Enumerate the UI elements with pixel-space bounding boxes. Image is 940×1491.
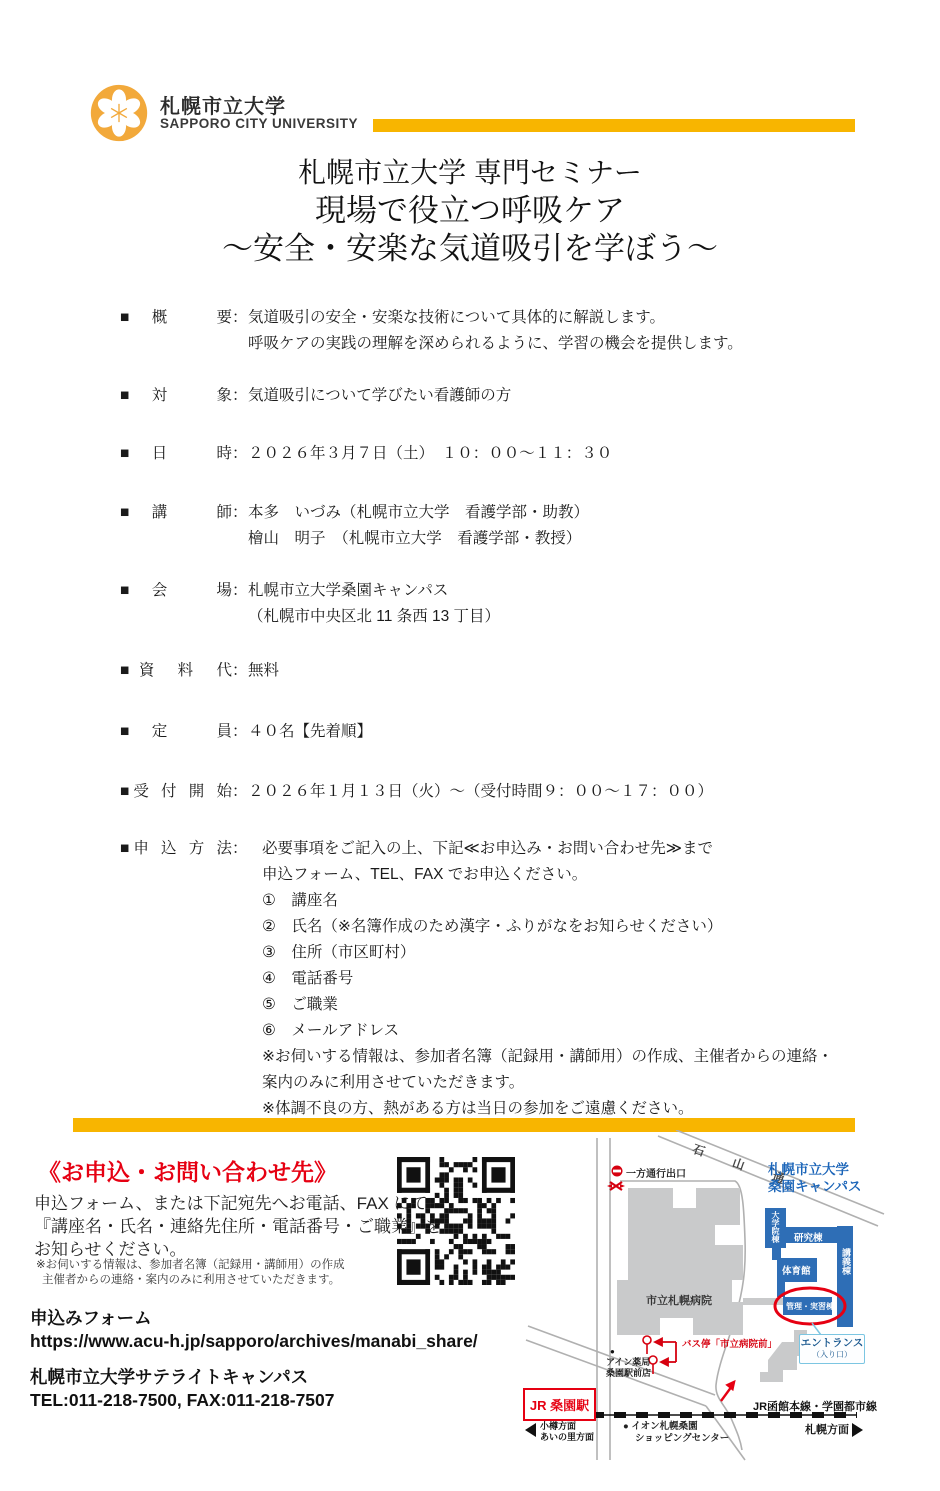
entrance-callout: エントランス （入り口） [799,1334,865,1364]
detail-row-lecturer: ■講 師： 本多 いづみ（札幌市立大学 看護学部・助教） 檜山 明子 （札幌市立… [120,500,589,552]
pharmacy-dot: ● [610,1347,615,1356]
road-direction-arrow [721,1382,734,1401]
hospital-label: 市立札幌病院 [646,1292,712,1308]
flyer-page: 札幌市立大学 SAPPORO CITY UNIVERSITY 札幌市立大学 専門… [0,0,940,1491]
jr-soen-station-box: JR 桑園駅 [523,1388,596,1421]
contact-body-line1: 申込フォーム、または下記宛先へお電話、FAX にて [34,1192,442,1215]
detail-label-reception: ■受 付 開 始 [120,779,232,805]
entrance-label-line1: エントランス [800,1337,864,1350]
title-line-1: 札幌市立大学 専門セミナー [0,154,940,192]
left-direction-icon [525,1423,536,1437]
jr-soen-station-label: JR 桑園駅 [530,1395,589,1414]
seminar-title: 札幌市立大学 専門セミナー 現場で役立つ呼吸ケア ～安全・安楽な気道吸引を学ぼう… [0,154,940,268]
detail-colon: ： [232,658,248,684]
campus-name-line2: 桑園キャンパス [768,1178,862,1195]
detail-label-capacity: ■定 員 [120,719,232,745]
reception-text: ２０２６年１月１３日（火）～（受付時間９：００～１７：００） [248,779,713,805]
rail-line-label: JR函館本線・学園都市線 [753,1398,877,1414]
application-form-url[interactable]: https://www.acu-h.jp/sapporo/archives/ma… [30,1330,478,1353]
sapporo-direction-label: 札幌方面 [805,1421,863,1437]
lecturer-line1: 本多 いづみ（札幌市立大学 看護学部・助教） [248,500,589,526]
detail-row-target: ■対 象： 気道吸引について学びたい看護師の方 [120,383,511,409]
satellite-campus-block: 札幌市立大学サテライトキャンパス TEL:011-218-7500, FAX:0… [30,1366,335,1412]
detail-colon: ： [232,441,248,467]
detail-label-fee: ■資 料 代 [120,658,232,684]
detail-colon: ： [232,719,248,745]
venue-line2: （札幌市中央区北 11 条西 13 丁目） [248,604,500,630]
detail-label-lecturer: ■講 師 [120,500,232,552]
detail-colon: ： [232,305,248,357]
application-item-6: ⑥ メールアドレス [262,1018,833,1044]
lecture-building-label: 講義棟 [840,1248,852,1308]
gym-building-label: 体育館 [782,1263,811,1277]
detail-row-capacity: ■定 員： ４０名【先着順】 [120,719,372,745]
lecturer-line2: 檜山 明子 （札幌市立大学 看護学部・教授） [248,526,589,552]
detail-row-reception: ■受 付 開 始： ２０２６年１月１３日（火）～（受付時間９：００～１７：００） [120,779,713,805]
application-item-3: ③ 住所（市区町村） [262,940,833,966]
aeon-line2: ショッピングセンター [623,1433,729,1445]
bus-stop-label: バス停「市立病院前」 [682,1336,777,1350]
pharmacy-line1: アイン薬局 [606,1357,651,1368]
application-item-4: ④ 電話番号 [262,966,833,992]
detail-colon: ： [232,500,248,552]
sapporo-direction-text: 札幌方面 [805,1424,849,1436]
detail-colon: ： [232,836,248,1122]
detail-colon: ： [232,578,248,630]
detail-label-venue: ■会 場 [120,578,232,630]
title-line-3: ～安全・安楽な気道吸引を学ぼう～ [0,230,940,268]
contact-body-line2: 『講座名・氏名・連絡先住所・電話番号・ご職業』を [34,1215,442,1238]
detail-label-target: ■対 象 [120,383,232,409]
application-form-label: 申込みフォーム [30,1307,478,1330]
title-line-2: 現場で役立つ呼吸ケア [0,192,940,230]
one-way-exit-label: 一方通行出口 [626,1165,686,1180]
brand-name-japanese: 札幌市立大学 [160,90,286,119]
detail-row-application: ■申 込 方 法： 必要事項をご記入の上、下記≪お申込み・お問い合わせ先≫まで … [120,836,833,1122]
aeon-label: ● イオン札幌桑園 ショッピングセンター [623,1421,729,1445]
application-line1: 必要事項をご記入の上、下記≪お申込み・お問い合わせ先≫まで [262,836,833,862]
venue-line1: 札幌市立大学桑園キャンパス [248,578,500,604]
application-item-1: ① 講座名 [262,888,833,914]
contact-note: ※お伺いする情報は、参加者名簿（記録用・講師用）の作成 主催者からの連絡・案内の… [36,1258,345,1288]
target-text: 気道吸引について学びたい看護師の方 [248,383,511,409]
contact-body: 申込フォーム、または下記宛先へお電話、FAX にて 『講座名・氏名・連絡先住所・… [34,1192,442,1261]
overview-text-line1: 気道吸引の安全・安楽な技術について具体的に解説します。 [248,305,743,331]
contact-note-line1: ※お伺いする情報は、参加者名簿（記録用・講師用）の作成 [36,1258,345,1273]
pharmacy-line2: 桑園駅前店 [606,1368,651,1379]
hospital-building-shape [617,1188,783,1335]
application-note-2: 案内のみに利用させていただきます。 [262,1070,833,1096]
datetime-text: ２０２６年３月７日（土） １０：００～１１：３０ [248,441,612,467]
detail-colon: ： [232,383,248,409]
qr-code [397,1157,515,1285]
detail-label-application: ■申 込 方 法 [120,836,232,1122]
detail-label-overview: ■概 要 [120,305,232,357]
entrance-label-line2: （入り口） [800,1350,864,1359]
brand-name-english: SAPPORO CITY UNIVERSITY [160,116,358,131]
pharmacy-label: アイン薬局 桑園駅前店 [606,1357,651,1379]
otaru-direction-label: 小樽方面 あいの里方面 [525,1421,579,1443]
detail-label-datetime: ■日 時 [120,441,232,467]
aeon-line1: ● イオン札幌桑園 [623,1421,729,1433]
satellite-campus-name: 札幌市立大学サテライトキャンパス [30,1366,335,1389]
contact-heading: 《お申込・お問い合わせ先》 [38,1154,337,1187]
detail-colon: ： [232,779,248,805]
overview-text-line2: 呼吸ケアの実践の理解を深められるように、学習の機会を提供します。 [248,331,743,357]
application-note-1: ※お伺いする情報は、参加者名簿（記録用・講師用）の作成、主催者からの連絡・ [262,1044,833,1070]
header-accent-bar [373,119,855,132]
detail-row-fee: ■資 料 代： 無料 [120,658,279,684]
capacity-text: ４０名【先着順】 [248,719,372,745]
fee-text: 無料 [248,658,279,684]
campus-name-label: 札幌市立大学 桑園キャンパス [768,1161,862,1195]
detail-row-datetime: ■日 時： ２０２６年３月７日（土） １０：００～１１：３０ [120,441,612,467]
application-item-5: ⑤ ご職業 [262,992,833,1018]
detail-row-venue: ■会 場： 札幌市立大学桑園キャンパス （札幌市中央区北 11 条西 13 丁目… [120,578,500,630]
tel-fax-numbers: TEL:011-218-7500, FAX:011-218-7507 [30,1389,335,1412]
right-direction-icon [852,1423,863,1437]
campus-name-line1: 札幌市立大学 [768,1161,862,1178]
research-building-label: 研究棟 [794,1230,823,1244]
application-line2: 申込フォーム、TEL、FAX でお申込ください。 [262,862,833,888]
detail-row-overview: ■概 要： 気道吸引の安全・安楽な技術について具体的に解説します。 呼吸ケアの実… [120,305,743,357]
application-form-block: 申込みフォーム https://www.acu-h.jp/sapporo/arc… [30,1307,478,1353]
application-item-2: ② 氏名（※名簿作成のため漢字・ふりがなをお知らせください） [262,914,833,940]
contact-note-line2: 主催者からの連絡・案内のみに利用させていただきます。 [36,1273,345,1288]
admin-building-label: 管理・実習棟 [786,1301,834,1312]
grad-school-building-label: 大学院棟 [768,1211,783,1247]
access-map: 石 山 通 一方通行出口 札幌市立大学 桑園キャンパス 市立札幌病院 大学院棟 … [510,1130,940,1478]
university-logo-icon [90,84,148,147]
bus-stop-arrows [655,1339,676,1366]
